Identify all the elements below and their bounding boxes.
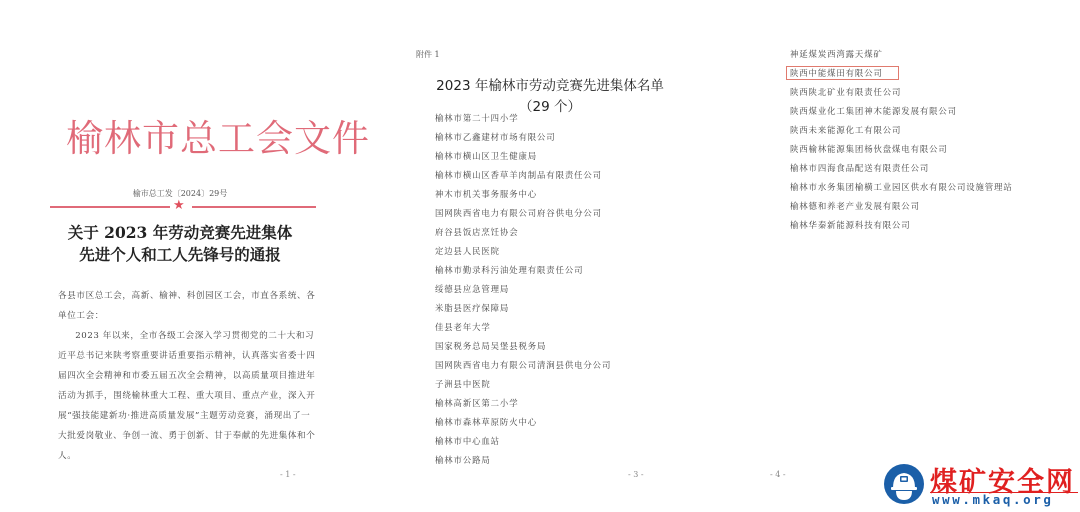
unit-name: 榆林市勤录科污油处理有限责任公司 [435,265,583,275]
advanced-collective-list: 榆林市第二十四小学榆林市乙鑫建材市场有限公司榆林市横山区卫生健康局榆林市横山区香… [435,109,611,470]
attachment-label: 附件 1 [416,49,440,60]
list-item: 神木市机关事务服务中心 [435,185,611,204]
page-number: - 1 - [280,470,296,479]
notice-title: 关于 2023 年劳动竞赛先进集体 先进个人和工人先锋号的通报 [0,222,360,266]
unit-name: 国家税务总局吴堡县税务局 [435,341,546,351]
unit-name: 子洲县中医院 [435,379,491,389]
document-page-4: 神延煤炭西湾露天煤矿陕西中能煤田有限公司陕西陕北矿业有限责任公司陕西煤业化工集团… [740,0,1080,512]
page-number: - 4 - [770,470,786,479]
advanced-collective-list-continued: 神延煤炭西湾露天煤矿陕西中能煤田有限公司陕西陕北矿业有限责任公司陕西煤业化工集团… [790,45,1013,235]
unit-name: 榆林高新区第二小学 [435,398,518,408]
salutation: 各县市区总工会，高新、榆神、科创园区工会，市直各系统、各单位工会： [58,286,318,326]
notice-title-line-1: 关于 2023 年劳动竞赛先进集体 [0,222,360,244]
list-item: 国网陕西省电力有限公司府谷供电分公司 [435,204,611,223]
list-item: 陕西陕北矿业有限责任公司 [790,83,1013,102]
list-item: 榆林高新区第二小学 [435,394,611,413]
list-item-highlighted: 陕西中能煤田有限公司 [790,64,1013,83]
list-item: 榆林市四海食品配送有限责任公司 [790,159,1013,178]
unit-name: 榆林华秦新能源科技有限公司 [790,220,911,230]
list-item: 榆林市横山区香草羊肉制品有限责任公司 [435,166,611,185]
unit-name: 陕西榆林能源集团杨伙盘煤电有限公司 [790,144,948,154]
unit-name: 陕西中能煤田有限公司 [788,68,897,78]
unit-name: 榆林市水务集团榆横工业园区供水有限公司设施管理站 [790,182,1013,192]
site-watermark: 煤矿安全网 www.mkaq.org [880,462,1080,508]
unit-name: 榆林市森林草原防火中心 [435,417,537,427]
list-item: 陕西榆林能源集团杨伙盘煤电有限公司 [790,140,1013,159]
unit-name: 佳县老年大学 [435,322,491,332]
list-item: 陕西煤业化工集团神木能源发展有限公司 [790,102,1013,121]
list-item: 榆林市公路局 [435,451,611,470]
list-item: 榆林市森林草原防火中心 [435,413,611,432]
unit-name: 绥德县应急管理局 [435,284,509,294]
list-item: 子洲县中医院 [435,375,611,394]
unit-name: 神延煤炭西湾露天煤矿 [790,49,883,59]
unit-name: 榆林市四海食品配送有限责任公司 [790,163,929,173]
unit-name: 榆林德和养老产业发展有限公司 [790,201,920,211]
document-page-3: 附件 1 2023 年榆林市劳动竞赛先进集体名单 （29 个） 榆林市第二十四小… [380,0,720,512]
list-item: 榆林市乙鑫建材市场有限公司 [435,128,611,147]
list-item: 府谷县饭店烹饪协会 [435,223,611,242]
unit-name: 府谷县饭店烹饪协会 [435,227,518,237]
unit-name: 国网陕西省电力有限公司清涧县供电分公司 [435,360,611,370]
list-item: 神延煤炭西湾露天煤矿 [790,45,1013,64]
unit-name: 米脂县医疗保障局 [435,303,509,313]
unit-name: 神木市机关事务服务中心 [435,189,537,199]
unit-name: 国网陕西省电力有限公司府谷供电分公司 [435,208,602,218]
watermark-url: www.mkaq.org [932,492,1054,507]
list-item: 榆林市中心血站 [435,432,611,451]
document-header: 榆林市总工会文件 [66,108,306,162]
list-item: 米脂县医疗保障局 [435,299,611,318]
star-icon: ★ [173,199,185,213]
unit-name: 榆林市公路局 [435,455,491,465]
unit-name: 榆林市中心血站 [435,436,500,446]
list-item: 榆林华秦新能源科技有限公司 [790,216,1013,235]
list-item: 榆林市水务集团榆横工业园区供水有限公司设施管理站 [790,178,1013,197]
list-item: 榆林德和养老产业发展有限公司 [790,197,1013,216]
list-item: 榆林市第二十四小学 [435,109,611,128]
list-item: 定边县人民医院 [435,242,611,261]
list-item: 榆林市勤录科污油处理有限责任公司 [435,261,611,280]
notice-title-line-2: 先进个人和工人先锋号的通报 [0,244,360,266]
list-item: 陕西未来能源化工有限公司 [790,121,1013,140]
list-item: 国家税务总局吴堡县税务局 [435,337,611,356]
unit-name: 定边县人民医院 [435,246,500,256]
document-page-1: 榆林市总工会文件 榆市总工发〔2024〕29号 ★ 关于 2023 年劳动竞赛先… [0,0,360,512]
page-number: - 3 - [628,470,644,479]
list-item: 国网陕西省电力有限公司清涧县供电分公司 [435,356,611,375]
unit-name: 榆林市横山区卫生健康局 [435,151,537,161]
list-item: 绥德县应急管理局 [435,280,611,299]
unit-name: 陕西未来能源化工有限公司 [790,125,901,135]
unit-name: 陕西煤业化工集团神木能源发展有限公司 [790,106,957,116]
list-item: 榆林市横山区卫生健康局 [435,147,611,166]
unit-name: 榆林市第二十四小学 [435,113,518,123]
unit-name: 榆林市横山区香草羊肉制品有限责任公司 [435,170,602,180]
notice-body: 各县市区总工会，高新、榆神、科创园区工会，市直各系统、各单位工会： 2023 年… [58,286,318,466]
body-paragraph: 2023 年以来，全市各级工会深入学习贯彻党的二十大和习近平总书记来陕考察重要讲… [58,326,318,466]
unit-name: 榆林市乙鑫建材市场有限公司 [435,132,556,142]
header-rule-right [192,206,316,208]
header-rule-left [50,206,170,208]
list-item: 佳县老年大学 [435,318,611,337]
list-title-line-1: 2023 年榆林市劳动竞赛先进集体名单 [380,76,720,97]
miner-helmet-icon [884,464,924,504]
unit-name: 陕西陕北矿业有限责任公司 [790,87,901,97]
